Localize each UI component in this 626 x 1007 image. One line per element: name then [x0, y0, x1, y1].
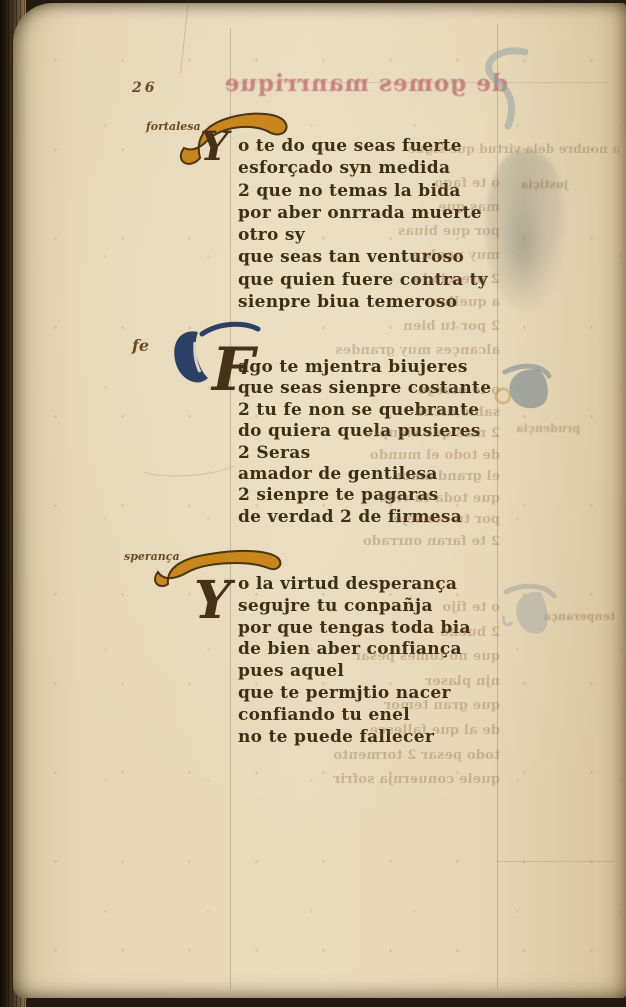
verse-line: o la virtud desperança [238, 574, 471, 596]
bleedthrough-line: 2 bueno [318, 625, 500, 650]
bleedthrough-line: njn plaser [318, 674, 500, 699]
bleedthrough-line: por que biuas [318, 224, 500, 248]
bleedthrough-line: o te fijo [318, 600, 500, 625]
bleedthrough-block: o te fijo 2 bueno que no tomes pesar njn… [318, 600, 500, 797]
bleedthrough-line: a quellos [318, 295, 500, 319]
bleedthrough-line: por tu consejo [318, 512, 500, 534]
bleedthrough-line: sabio dicho [318, 405, 500, 427]
bleedthrough-line: 2 por tu bien [318, 319, 500, 343]
bleedthrough-line: de todo el mundo [318, 448, 500, 470]
bleedthrough-header: a nonbre dela virtud que sigue [398, 142, 620, 156]
margin-label-fe: fe [132, 336, 149, 355]
bleedthrough-line: alcançes muy grandes [318, 343, 500, 367]
bleedthrough-line: o te fago [318, 176, 500, 200]
bleedthrough-line: el grand amor [318, 469, 500, 491]
bleedthrough-block: o te otorgo sabio dicho 2 mas que sienpr… [318, 383, 500, 555]
bleedthrough-line: que no tomes pesar [318, 649, 500, 674]
bleedthrough-line: que gran temor [318, 698, 500, 723]
manuscript-photo: 26 de gomes manrrique fortalesa Y o te d… [0, 0, 626, 1007]
bleedthrough-line: quele conuernja sofrir [318, 772, 500, 797]
bleedthrough-line: 2 presçiado [318, 272, 500, 296]
bleedthrough-line: muy nonbre [318, 248, 500, 272]
bleedthrough-line: o te otorgo [318, 383, 500, 405]
bleedthrough-flourish-icon [470, 46, 530, 132]
svg-text:Y: Y [200, 123, 232, 170]
bleedthrough-line: de al que fallesçe [318, 723, 500, 748]
bleedthrough-initial-icon [495, 360, 557, 430]
rubric-bleedthrough: de gomes manrrique [208, 70, 508, 97]
folio-number: 26 [132, 80, 157, 96]
bleedthrough-line: 2 mas que sienpre [318, 426, 500, 448]
svg-text:Y: Y [194, 570, 236, 631]
bleedthrough-block: o te fago mas que por que biuas muy nonb… [318, 176, 500, 367]
bleedthrough-initial-icon [498, 582, 564, 648]
bleedthrough-margin-justicia: justiçia [512, 178, 568, 191]
bleedthrough-line: todo pesar 2 tormento [318, 748, 500, 773]
bleedthrough-line: que toda tu vida [318, 491, 500, 513]
bleedthrough-line: mas que [318, 200, 500, 224]
bleedthrough-line: 2 te faran onrrado [318, 534, 500, 556]
ruling-line-margin [497, 861, 615, 862]
